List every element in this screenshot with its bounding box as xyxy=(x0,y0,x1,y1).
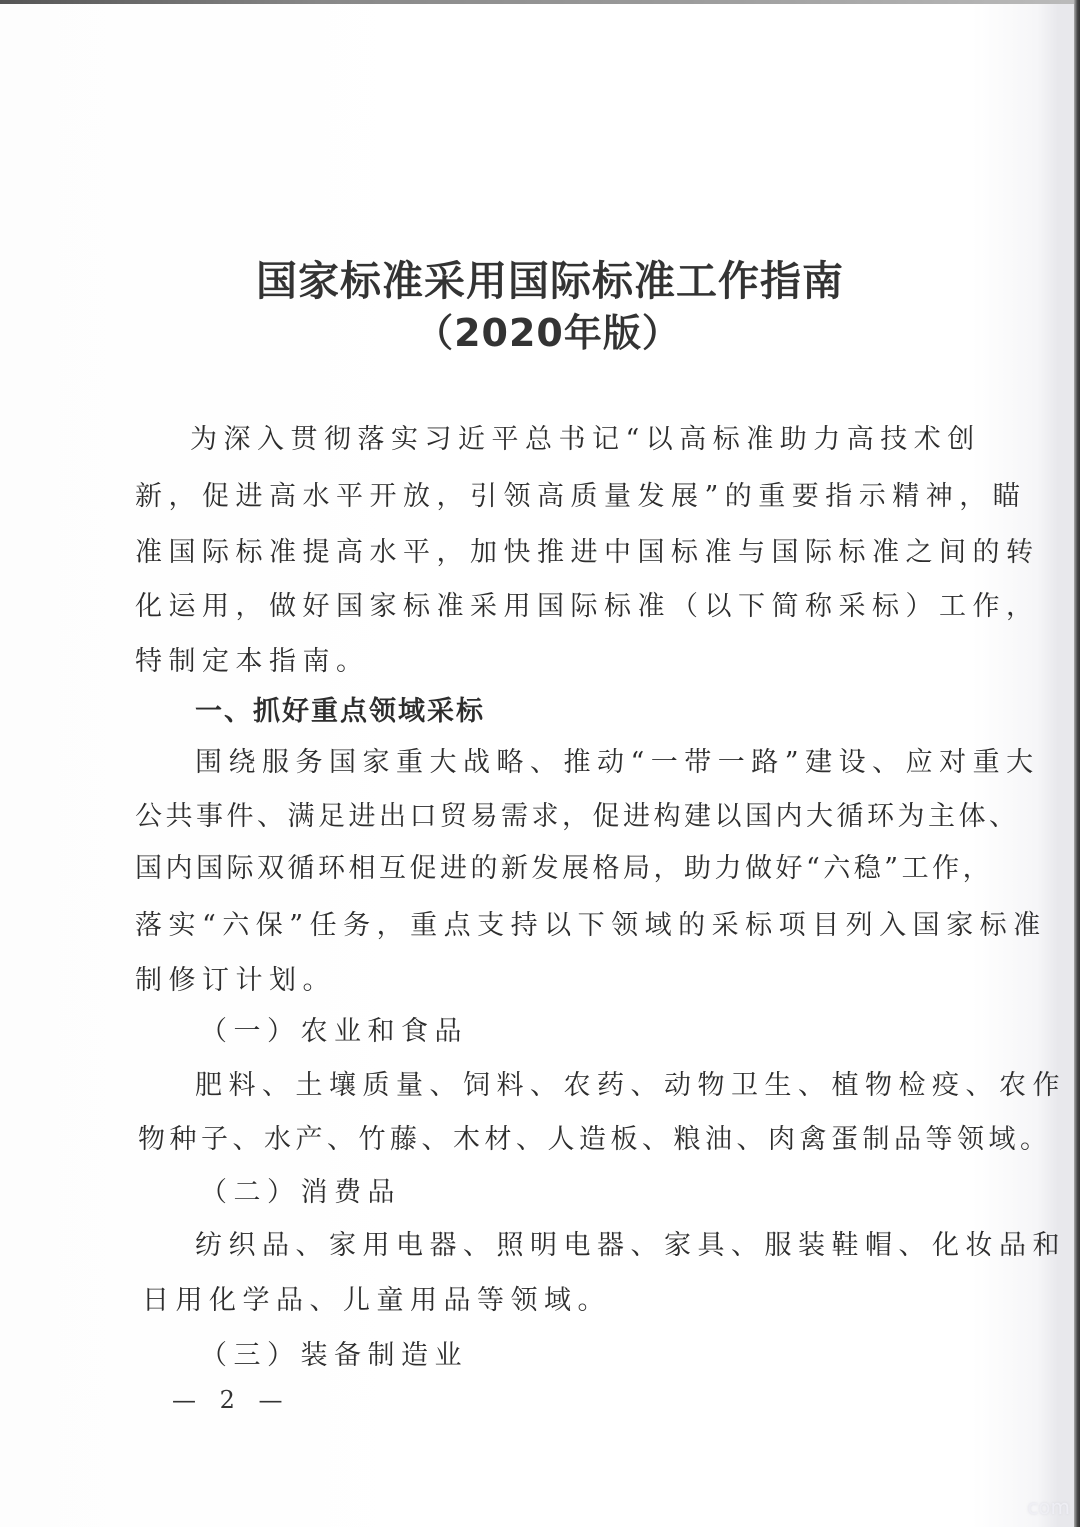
section1-line-4: 落实“六保”任务，重点支持以下领域的采标项目列入国家标准 xyxy=(135,906,1047,946)
document-subtitle: （2020年版） xyxy=(0,302,1080,357)
intro-line-1: 为深入贯彻落实习近平总书记“以高标准助力高技术创 xyxy=(190,420,981,460)
consumer-line-2: 日用化学品、儿童用品等领域。 xyxy=(142,1281,611,1321)
subheading-consumer-goods: （二）消费品 xyxy=(200,1173,401,1213)
subheading-agriculture: （一）农业和食品 xyxy=(200,1012,468,1052)
intro-line-4: 化运用，做好国家标准采用国际标准（以下简称采标）工作， xyxy=(135,587,1040,627)
document-page: 国家标准采用国际标准工作指南 （2020年版） 为深入贯彻落实习近平总书记“以高… xyxy=(0,0,1080,1527)
agriculture-line-1: 肥料、土壤质量、饲料、农药、动物卫生、植物检疫、农作 xyxy=(195,1066,1066,1106)
section1-line-5: 制修订计划。 xyxy=(135,961,336,1001)
intro-line-3: 准国际标准提高水平，加快推进中国标准与国际标准之间的转 xyxy=(135,533,1040,573)
section1-line-1: 围绕服务国家重大战略、推动“一带一路”建设、应对重大 xyxy=(195,743,1040,783)
consumer-line-1: 纺织品、家用电器、照明电器、家具、服装鞋帽、化妆品和 xyxy=(195,1226,1066,1266)
intro-line-2: 新，促进高水平开放，引领高质量发展”的重要指示精神，瞄 xyxy=(135,477,1026,517)
page-number: — 2 — xyxy=(172,1386,291,1414)
document-title: 国家标准采用国际标准工作指南 xyxy=(0,248,1080,307)
intro-line-5: 特制定本指南。 xyxy=(135,642,370,682)
subheading-equipment-manufacturing: （三）装备制造业 xyxy=(200,1336,468,1376)
watermark: com xyxy=(1027,1495,1070,1519)
section1-line-3: 国内国际双循环相互促进的新发展格局，助力做好“六稳”工作， xyxy=(135,849,993,889)
scan-right-edge xyxy=(1074,0,1080,1527)
section1-line-2: 公共事件、满足进出口贸易需求，促进构建以国内大循环为主体、 xyxy=(135,797,1020,837)
section-heading-1: 一、抓好重点领域采标 xyxy=(195,692,485,732)
scan-top-edge xyxy=(0,0,1080,4)
agriculture-line-2: 物种子、水产、竹藤、木材、人造板、粮油、肉禽蛋制品等领域。 xyxy=(138,1120,1052,1160)
